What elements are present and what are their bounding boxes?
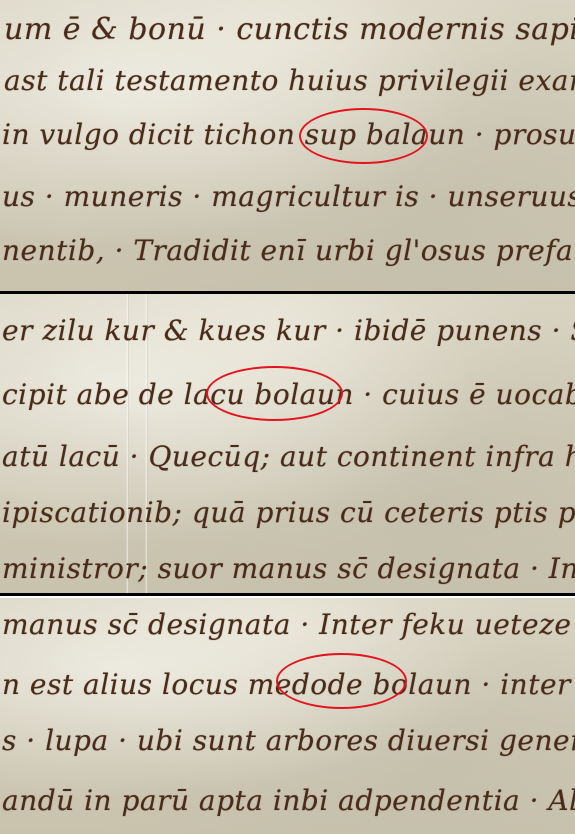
manuscript-line: manus sc̄ designata · Inter feku ueteze … bbox=[2, 608, 575, 641]
manuscript-line: ministror; suor manus sc̄ designata · In… bbox=[2, 552, 575, 585]
highlight-ellipse-balaun bbox=[299, 108, 428, 164]
highlight-ellipse-bolaun bbox=[206, 366, 343, 421]
manuscript-line: us · muneris · magricultur is · unseruus… bbox=[2, 180, 575, 213]
manuscript-line: s · lupa · ubi sunt arbores diuersi gene… bbox=[2, 724, 575, 757]
manuscript-line: um ē & bonū · cunctis modernis sapientib… bbox=[4, 12, 575, 47]
manuscript-line: atū lacū · Quecūq; aut continent infra h… bbox=[2, 440, 575, 473]
manuscript-line: nentib, · Tradidit enī urbi gl'osus pref… bbox=[2, 234, 575, 267]
manuscript-line: ast tali testamento huius privilegii exa… bbox=[4, 64, 575, 97]
manuscript-line: in vulgo dicit tichon sup balaun · prosu… bbox=[2, 118, 575, 151]
manuscript-panel-2: er zilu kur & kues kur · ibidē punens · … bbox=[0, 294, 575, 593]
manuscript-line: andū in parū apta inbi adpendentia · Ali… bbox=[2, 784, 575, 817]
highlight-ellipse-bolaun bbox=[276, 653, 407, 709]
manuscript-line: er zilu kur & kues kur · ibidē punens · … bbox=[2, 314, 575, 347]
manuscript-panel-1: um ē & bonū · cunctis modernis sapientib… bbox=[0, 0, 575, 291]
manuscript-line: ipiscationib; quā prius cū ceteris ptis … bbox=[2, 496, 575, 529]
manuscript-panel-3: manus sc̄ designata · Inter feku ueteze … bbox=[0, 598, 575, 834]
